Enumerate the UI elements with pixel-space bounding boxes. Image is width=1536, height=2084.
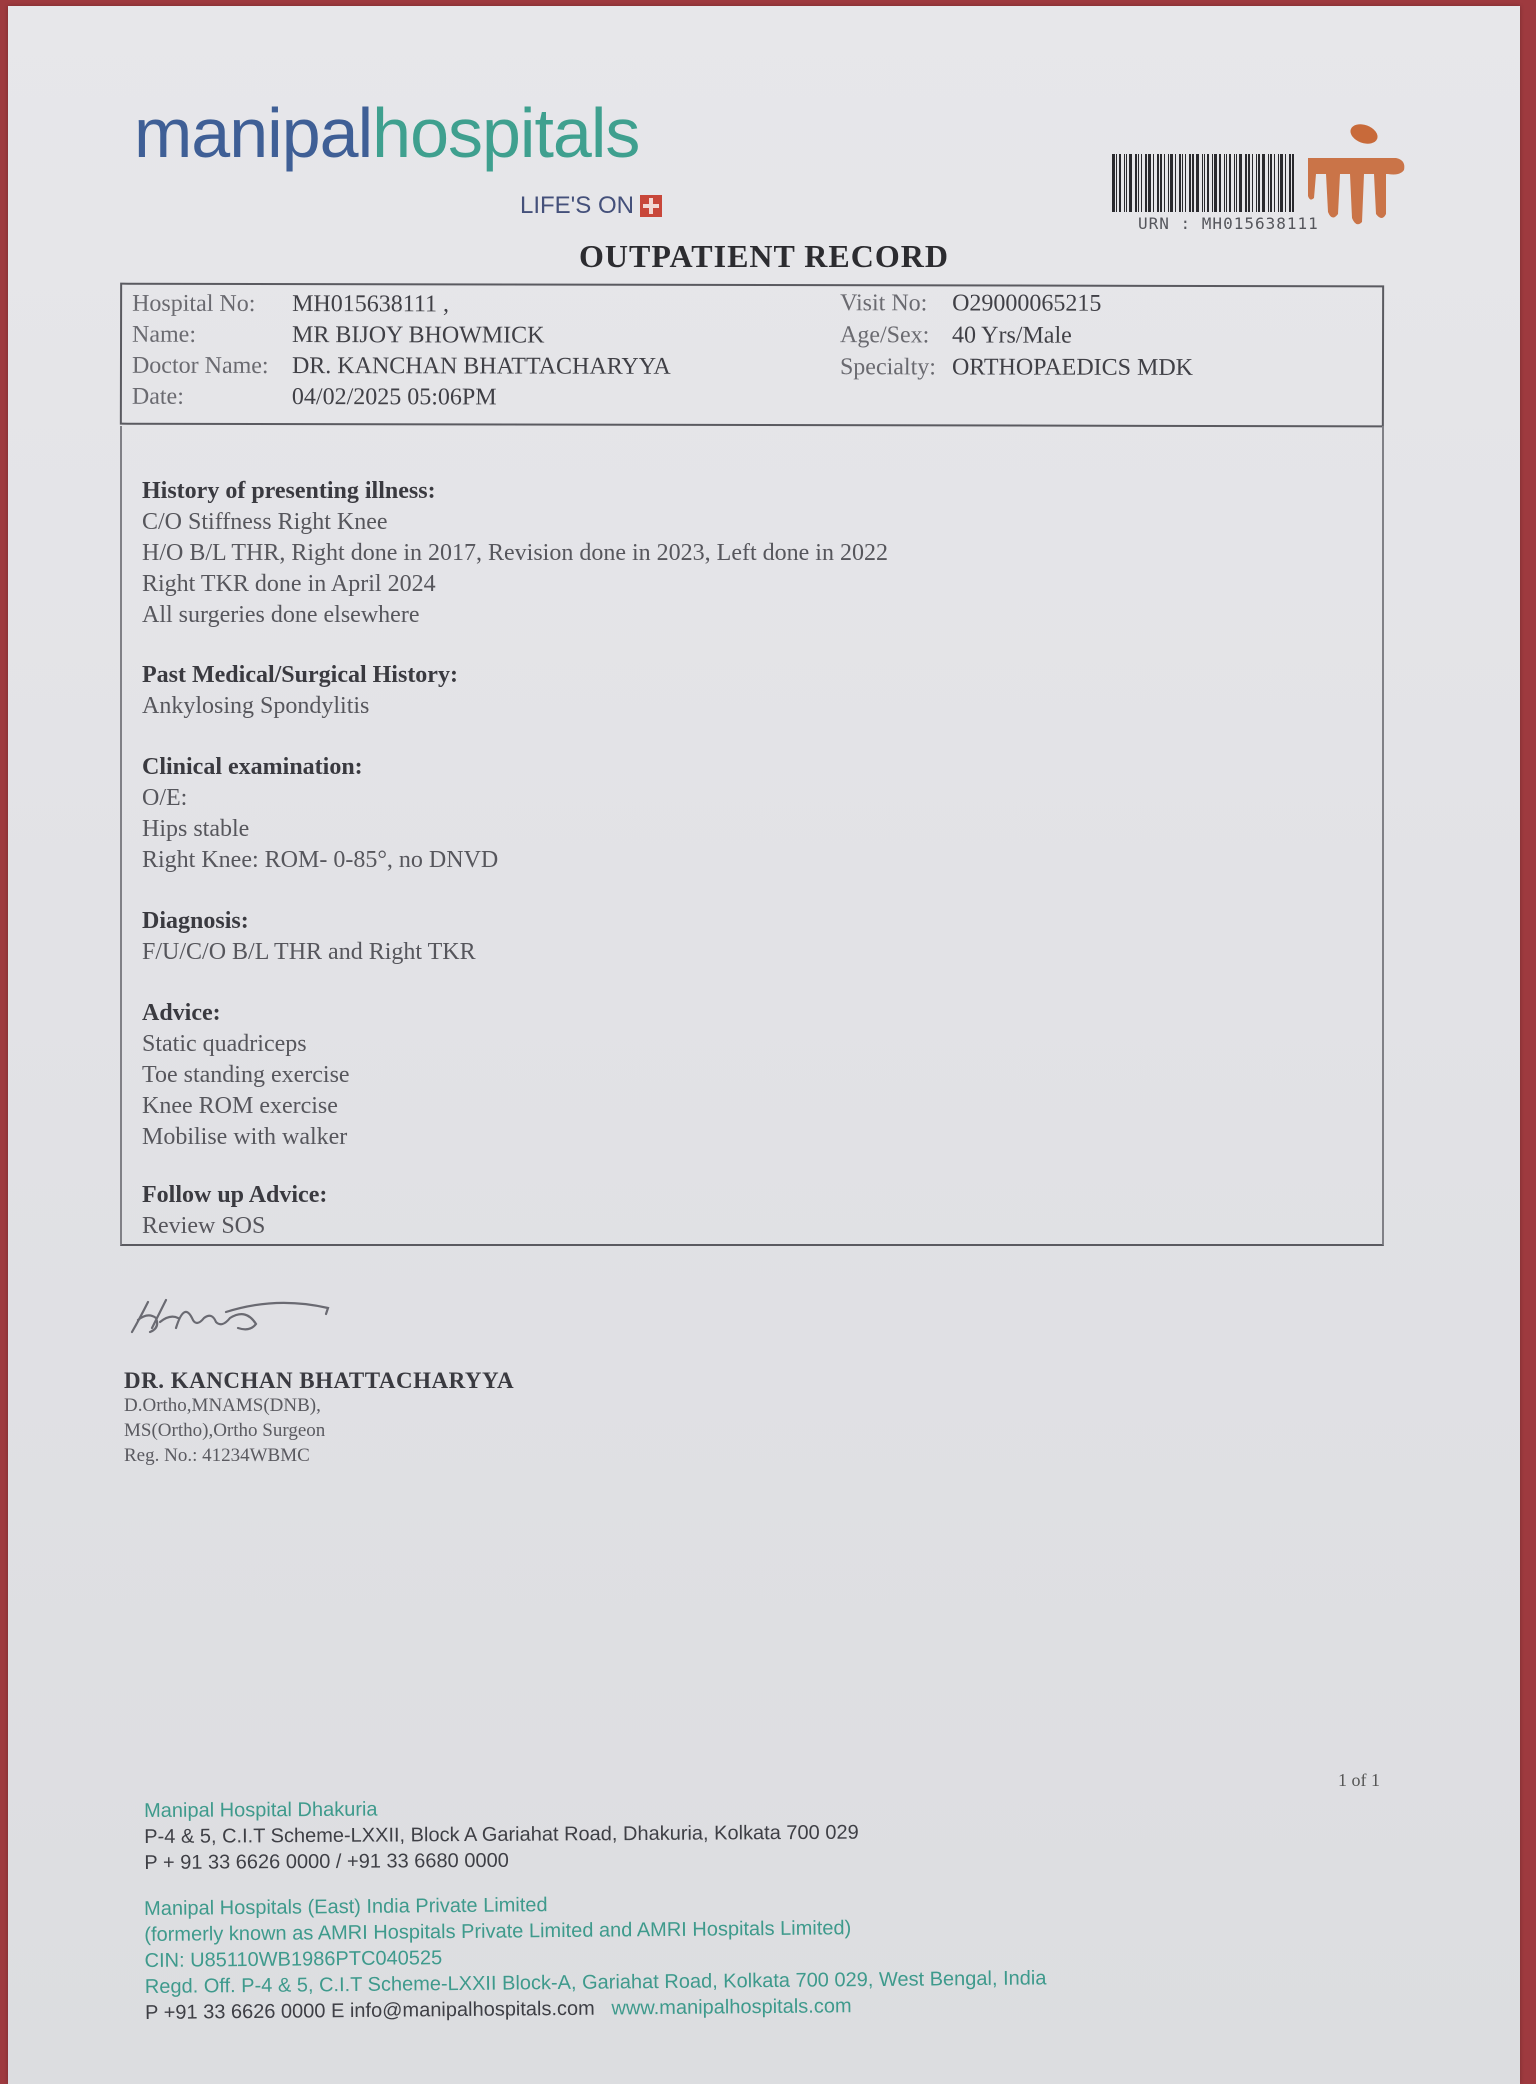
date-row: Date:04/02/2025 05:06PM [132, 384, 497, 412]
section-line: Right Knee: ROM- 0-85°, no DNVD [142, 845, 498, 876]
section-line: O/E: [142, 783, 498, 814]
manipal-hospitals-logo: manipalhospitals [134, 98, 639, 168]
section-heading: Clinical examination: [142, 752, 498, 783]
doctor-credentials: DR. KANCHAN BHATTACHARYYA D.Ortho,MNAMS(… [124, 1368, 514, 1468]
section-heading: Advice: [142, 998, 350, 1029]
follow-up-section: Follow up Advice:Review SOS [142, 1180, 327, 1242]
section-line: Static quadriceps [142, 1029, 350, 1060]
section-line: C/O Stiffness Right Knee [142, 507, 888, 538]
section-heading: History of presenting illness: [142, 476, 888, 507]
hospital-no-row: Hospital No:MH015638111 , [132, 291, 449, 319]
diagnosis-section: Diagnosis:F/U/C/O B/L THR and Right TKR [142, 906, 476, 968]
section-line: H/O B/L THR, Right done in 2017, Revisio… [142, 538, 888, 569]
section-line: Toe standing exercise [142, 1060, 350, 1091]
urn-text: URN : MH015638111 [1138, 214, 1319, 233]
section-line: Right TKR done in April 2024 [142, 569, 888, 600]
urn-barcode: URN : MH015638111 [1108, 118, 1408, 238]
name-row: Name:MR BIJOY BHOWMICK [132, 322, 545, 350]
document-page: manipalhospitals LIFE'S ON URN : MH01563… [8, 6, 1520, 2084]
section-line: Hips stable [142, 814, 498, 845]
branch-address-block: Manipal Hospital Dhakuria P-4 & 5, C.I.T… [144, 1794, 859, 1876]
section-heading: Diagnosis: [142, 906, 476, 937]
past-history-section: Past Medical/Surgical History:Ankylosing… [142, 660, 458, 722]
section-heading: Past Medical/Surgical History: [142, 660, 458, 691]
section-heading: Follow up Advice: [142, 1180, 327, 1211]
history-section: History of presenting illness:C/O Stiffn… [142, 476, 888, 631]
section-line: All surgeries done elsewhere [142, 600, 888, 631]
website-link[interactable]: www.manipalhospitals.com [611, 1995, 851, 2019]
page-title: OUTPATIENT RECORD [8, 238, 1520, 275]
logo-tagline: LIFE'S ON [520, 192, 662, 220]
medical-cross-icon [640, 195, 662, 217]
doctor-signature [126, 1288, 346, 1348]
clinical-exam-section: Clinical examination:O/E:Hips stableRigh… [142, 752, 498, 876]
specialty-row: Specialty:ORTHOPAEDICS MDK [840, 354, 1193, 382]
section-line: Review SOS [142, 1211, 327, 1242]
company-info-block: Manipal Hospitals (East) India Private L… [144, 1887, 1047, 2026]
advice-section: Advice:Static quadricepsToe standing exe… [142, 998, 350, 1153]
mit-logo-icon [1308, 118, 1408, 238]
age-sex-row: Age/Sex:40 Yrs/Male [840, 322, 1072, 349]
doctor-name-row: Doctor Name:DR. KANCHAN BHATTACHARYYA [132, 353, 671, 381]
visit-no-row: Visit No:O29000065215 [840, 290, 1101, 318]
patient-info-box: Hospital No:MH015638111 , Name:MR BIJOY … [120, 283, 1384, 428]
section-line: F/U/C/O B/L THR and Right TKR [142, 937, 476, 968]
page-number: 1 of 1 [1338, 1770, 1380, 1791]
section-line: Knee ROM exercise [142, 1091, 350, 1122]
section-line: Ankylosing Spondylitis [142, 691, 458, 722]
section-line: Mobilise with walker [142, 1122, 350, 1153]
